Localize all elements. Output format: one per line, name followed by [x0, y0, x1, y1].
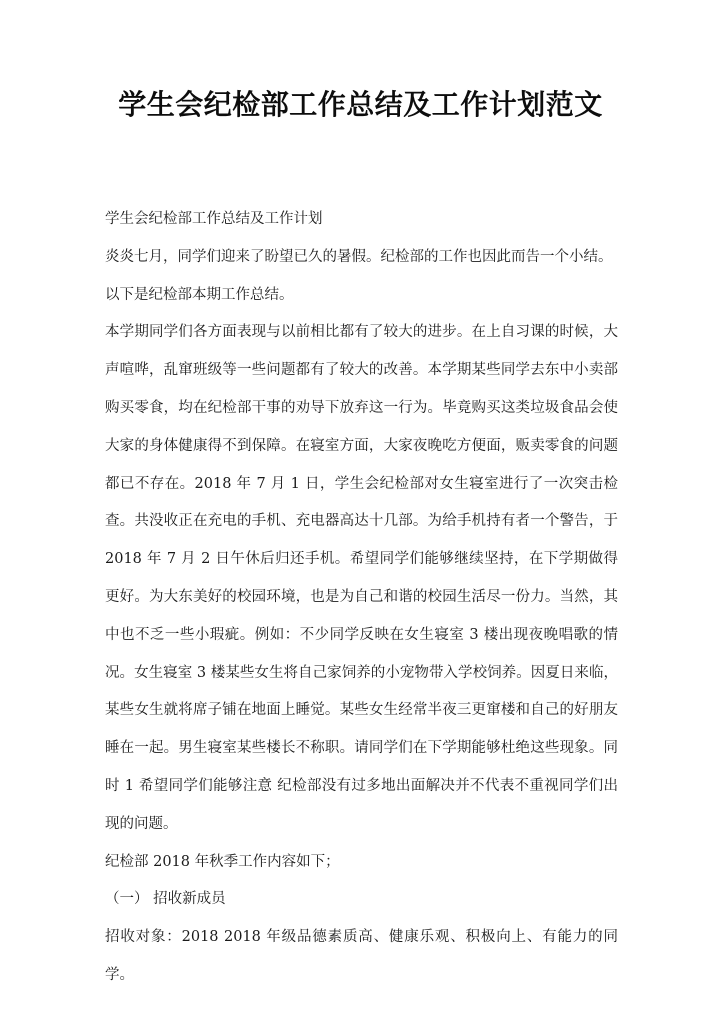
summary-paragraph: 本学期同学们各方面表现与以前相比都有了较大的进步。在上自习课的时候，大声喧哗，乱… [105, 314, 618, 843]
recruit-target-line: 招收对象：2018 2018 年级品德素质高、健康乐观、积极向上、有能力的同学。 [105, 919, 618, 995]
document-title: 学生会纪检部工作总结及工作计划范文 [0, 0, 721, 124]
lead-in-line: 以下是纪检部本期工作总结。 [105, 277, 618, 315]
intro-paragraph: 炎炎七月，同学们迎来了盼望已久的暑假。纪检部的工作也因此而告一个小结。 [105, 239, 618, 277]
document-page: 学生会纪检部工作总结及工作计划范文 学生会纪检部工作总结及工作计划 炎炎七月，同… [0, 0, 721, 1020]
document-body: 学生会纪检部工作总结及工作计划 炎炎七月，同学们迎来了盼望已久的暑假。纪检部的工… [105, 201, 618, 995]
section-heading-recruit: （一） 招收新成员 [105, 881, 618, 919]
subtitle-line: 学生会纪检部工作总结及工作计划 [105, 201, 618, 239]
plan-intro-line: 纪检部 2018 年秋季工作内容如下； [105, 844, 618, 882]
